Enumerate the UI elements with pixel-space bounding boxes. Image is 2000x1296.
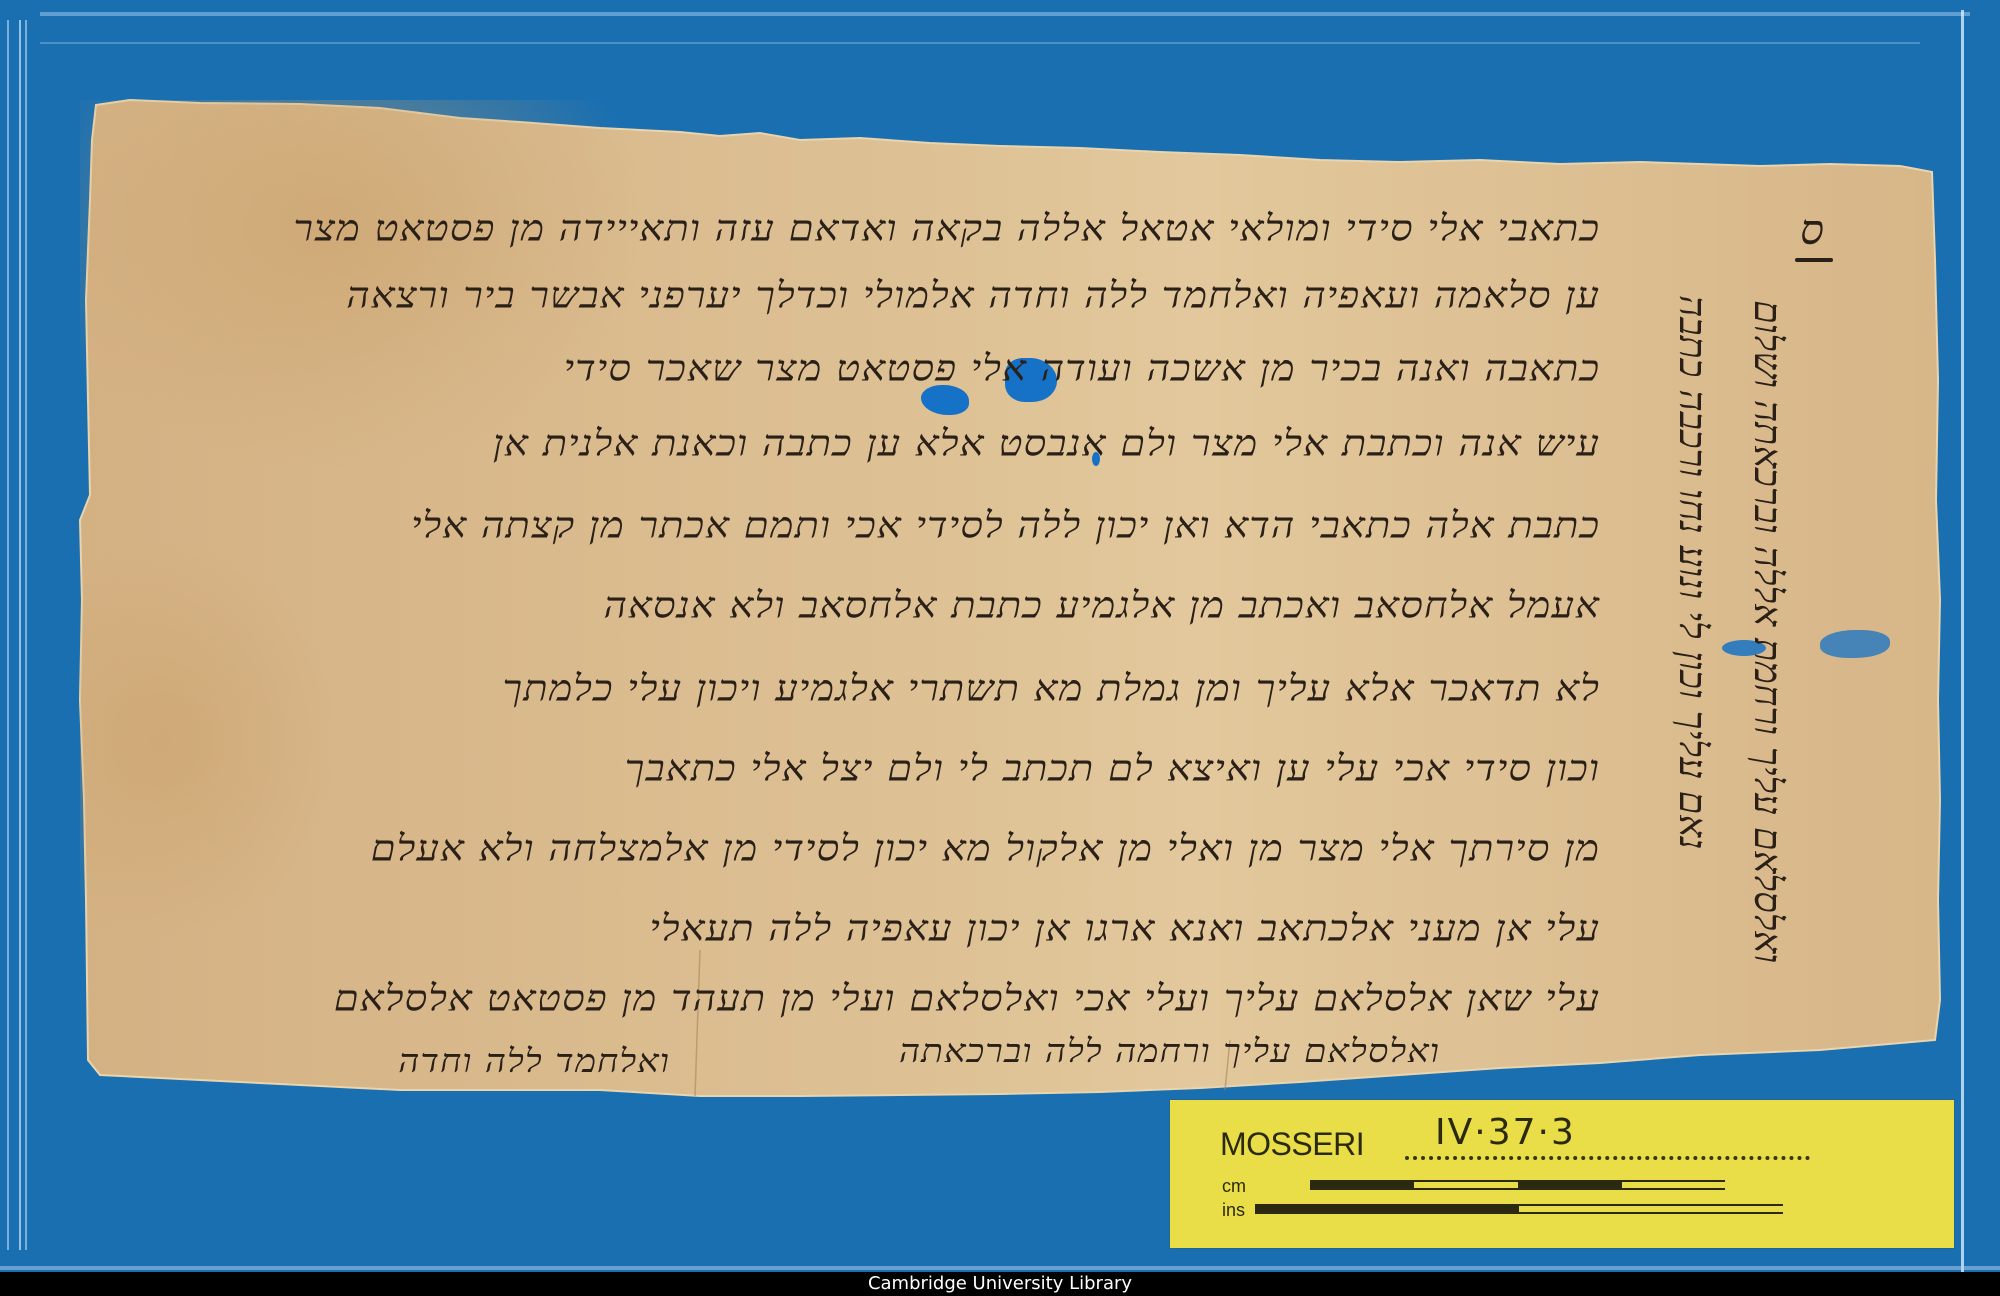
collection-name: MOSSERI <box>1220 1126 1364 1163</box>
text-line-6: אעמל אלחסאב ואכתב מן אלגמיע כתבת אלחסאב … <box>90 584 1600 626</box>
margin-text-column-2: נאם עליך וכון לי ונוע נחו ורכבה כתבה <box>1670 295 1715 850</box>
scale-label-cm: cm <box>1222 1176 1246 1197</box>
text-line-12: ואלסלאם עליך ורחמה ללה וברכאתה <box>740 1032 1440 1070</box>
damage-hole-4 <box>1820 630 1890 658</box>
scale-label-ins: ins <box>1222 1200 1245 1221</box>
text-line-2: ען סלאמה ועאפיה ואלחמד ללה וחדה אלמולי ו… <box>90 274 1600 316</box>
text-line-7: לא תדאכר אלא עליך ומן גמלת מא תשתרי אלגמ… <box>90 667 1600 709</box>
folio-underline <box>1795 258 1833 262</box>
text-line-10: עלי אן מעני אלכתאב ואנא ארגו אן יכון עאפ… <box>90 907 1600 949</box>
shelfmark-dotted-line <box>1405 1156 1810 1160</box>
text-line-1: כתאבי אלי סידי ומולאי אטאל אללה בקאה ואד… <box>90 207 1600 249</box>
folio-mark: ס <box>1800 205 1824 255</box>
text-line-3: כתאבה ואנה בכיר מן אשכה ועודה אלי פסטאט … <box>90 347 1600 389</box>
shelfmark-label: MOSSERI IV·37·3 cm ins <box>1170 1100 1954 1248</box>
text-line-8: וכון סידי אכי עלי ען ואיצא לם תכתב לי ול… <box>90 747 1600 789</box>
text-line-4: עיש אנה וכתבת אלי מצר ולם אנבסט אלא ען כ… <box>90 422 1600 464</box>
text-line-13: ואלחמד ללה וחדה <box>250 1042 670 1080</box>
text-line-9: מן סירתך אלי מצר מן ואלי מן אלקול מא יכו… <box>90 827 1600 869</box>
margin-text-column-1: ואלסלאם עליך ורחמת אללה וברכאתה ושלום <box>1745 300 1790 963</box>
library-caption: Cambridge University Library <box>0 1272 2000 1296</box>
text-line-5: כתבת אלה כתאבי הדא ואן יכון ללה לסידי אכ… <box>90 504 1600 546</box>
text-line-11: עלי שאן אלסלאם עליך ועלי אכי ואלסלאם ועל… <box>90 977 1600 1019</box>
shelfmark-number: IV·37·3 <box>1435 1112 1576 1153</box>
